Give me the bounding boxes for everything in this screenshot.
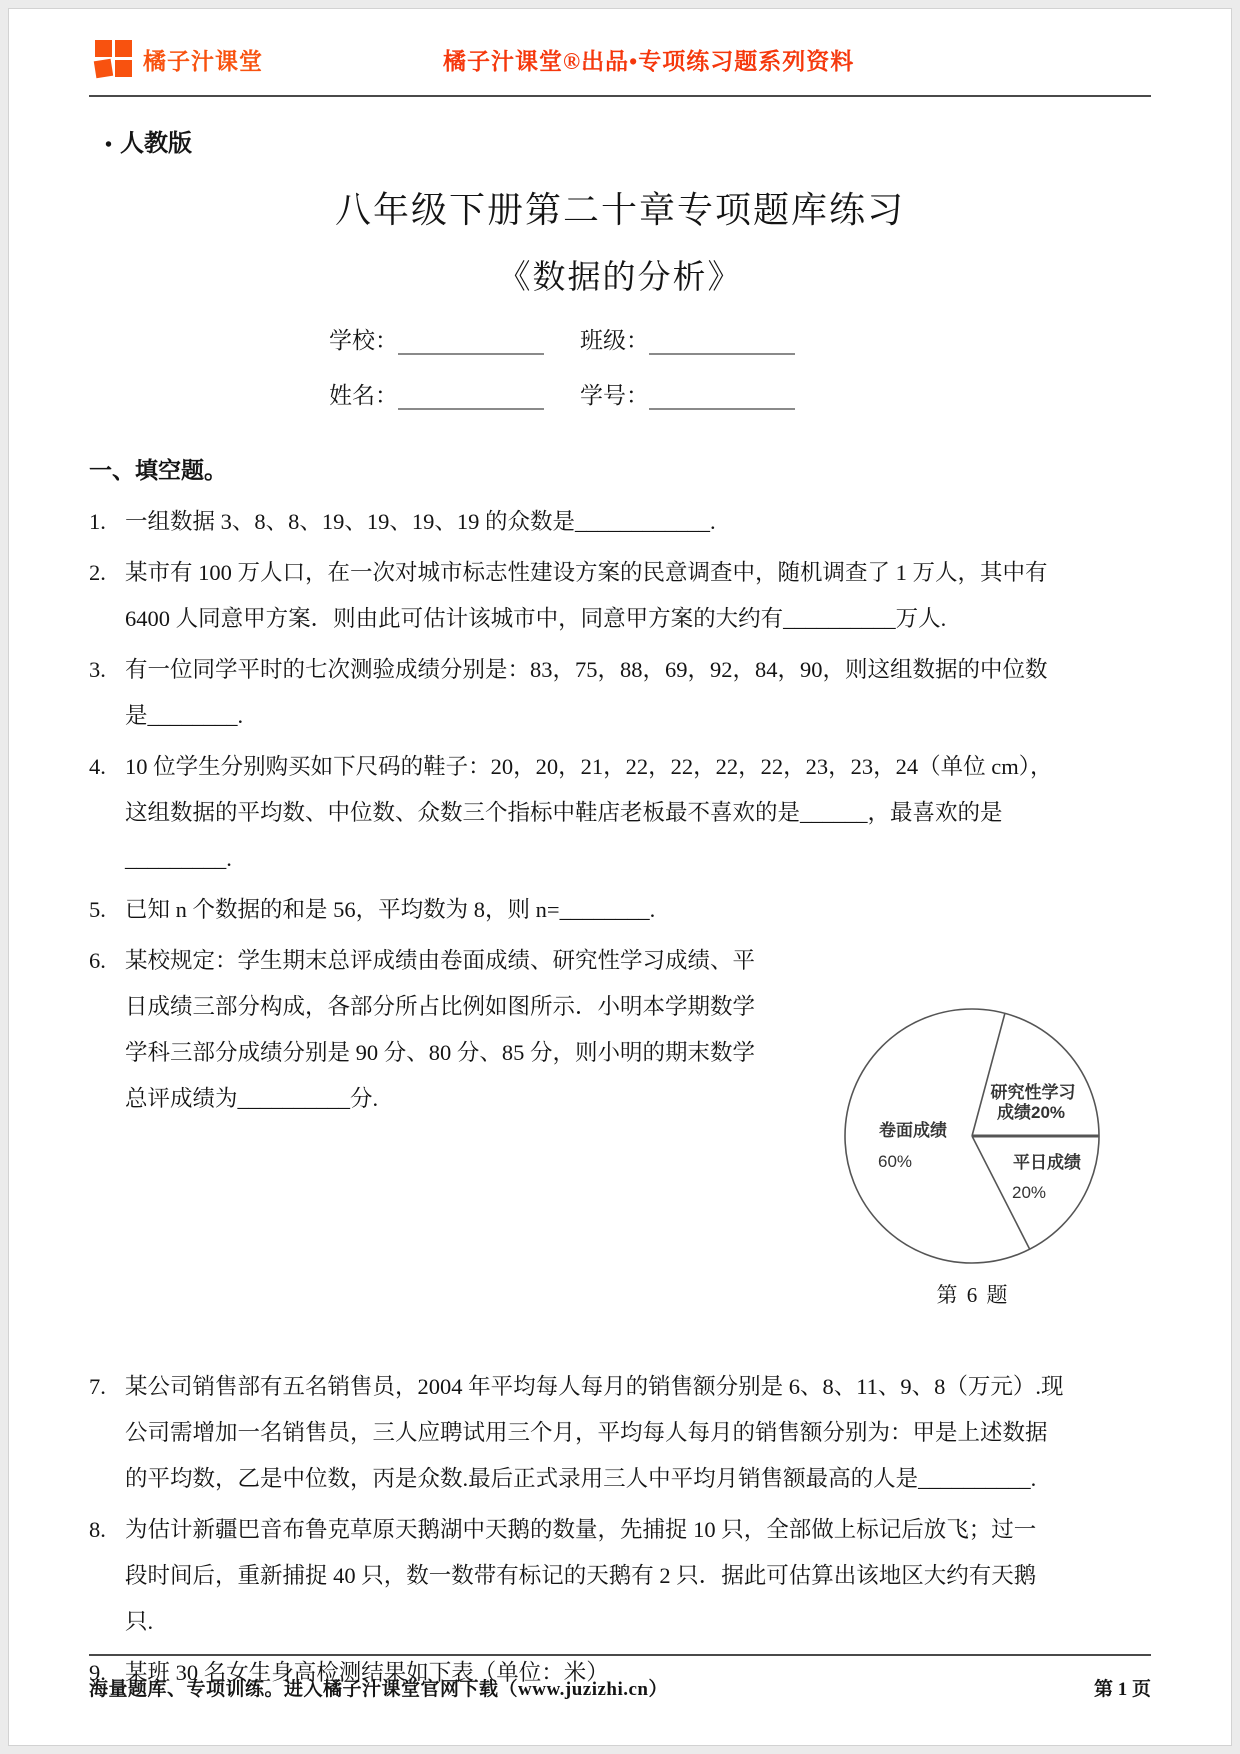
- worksheet-page: 橘子汁课堂 橘子汁课堂®出品•专项练习题系列资料 •人教版 八年级下册第二十章专…: [8, 8, 1232, 1746]
- page-subtitle: 《数据的分析》: [9, 251, 1231, 298]
- question-8: 8.为估计新疆巴音布鲁克草原天鹅湖中天鹅的数量，先捕捉 10 只，全部做上标记后…: [89, 1507, 1155, 1645]
- pie-label-research-pct: 成绩20%: [997, 1102, 1065, 1122]
- pie-chart-svg: 研究性学习 成绩20% 卷面成绩 60% 平日成绩 20%: [837, 1006, 1109, 1268]
- question-2: 2.某市有 100 万人口，在一次对城市标志性建设方案的民意调查中，随机调查了 …: [89, 550, 1155, 642]
- question-number: 4.: [89, 744, 125, 790]
- edition-text: 人教版: [120, 131, 192, 157]
- class-label: 班级：: [580, 322, 649, 355]
- question-1: 1.一组数据 3、8、8、19、19、19、19 的众数是___________…: [89, 499, 1155, 545]
- school-field[interactable]: [398, 329, 544, 355]
- question-number: 2.: [89, 550, 125, 596]
- question-line: 段时间后，重新捕捉 40 只，数一数带有标记的天鹅有 2 只．据此可估算出该地区…: [89, 1553, 1155, 1599]
- class-field[interactable]: [649, 329, 795, 355]
- question-line: 的平均数，乙是中位数，丙是众数.最后正式录用三人中平均月销售额最高的人是____…: [89, 1456, 1155, 1502]
- page-footer: 海量题库、专项训练。进入橘子汁课堂官网下载（www.juzizhi.cn） 第 …: [89, 1654, 1151, 1701]
- question-number: 1.: [89, 499, 125, 545]
- edition-label: •人教版: [105, 123, 1231, 158]
- pie-chart-caption: 第 6 题: [837, 1279, 1109, 1309]
- question-text: 已知 n 个数据的和是 56，平均数为 8，则 n=________.: [125, 897, 655, 922]
- question-number: 8.: [89, 1507, 125, 1553]
- school-label: 学校：: [329, 322, 398, 355]
- question-text: 某公司销售部有五名销售员，2004 年平均每人每月的销售额分别是 6、8、11、…: [125, 1374, 1064, 1399]
- page-title: 八年级下册第二十章专项题库练习: [9, 182, 1231, 233]
- question-number: 5.: [89, 887, 125, 933]
- form-row: 姓名： 学号：: [329, 377, 1231, 410]
- logo-square-icon: [95, 40, 112, 57]
- question-text: 有一位同学平时的七次测验成绩分别是：83，75，88，69，92，84，90，则…: [125, 657, 1048, 682]
- question-line: 只.: [89, 1599, 1155, 1645]
- name-field[interactable]: [398, 384, 544, 410]
- pie-label-exam: 卷面成绩: [879, 1120, 947, 1140]
- question-line: 3.有一位同学平时的七次测验成绩分别是：83，75，88，69，92，84，90…: [89, 647, 1155, 693]
- question-line: 6400 人同意甲方案．则由此可估计该城市中，同意甲方案的大约有________…: [89, 596, 1155, 642]
- question-line: 这组数据的平均数、中位数、众数三个指标中鞋店老板最不喜欢的是______，最喜欢…: [89, 790, 1155, 836]
- question-5: 5.已知 n 个数据的和是 56，平均数为 8，则 n=________.: [89, 887, 1155, 933]
- logo-text: 橘子汁课堂: [143, 43, 263, 76]
- header-divider: [89, 95, 1151, 97]
- question-line: 4.10 位学生分别购买如下尺码的鞋子：20，20，21，22，22，22，22…: [89, 744, 1155, 790]
- student-info-form: 学校： 班级： 姓名： 学号：: [329, 322, 1231, 410]
- juzizhi-logo: 橘子汁课堂: [95, 39, 263, 79]
- question-number: 3.: [89, 647, 125, 693]
- student-no-label: 学号：: [580, 377, 649, 410]
- question-line: 总评成绩为__________分.: [89, 1076, 789, 1122]
- question-line: 2.某市有 100 万人口，在一次对城市标志性建设方案的民意调查中，随机调查了 …: [89, 550, 1155, 596]
- question-line: 5.已知 n 个数据的和是 56，平均数为 8，则 n=________.: [89, 887, 1155, 933]
- question-line: 1.一组数据 3、8、8、19、19、19、19 的众数是___________…: [89, 499, 1155, 545]
- question-number: 7.: [89, 1364, 125, 1410]
- page-header: 橘子汁课堂 橘子汁课堂®出品•专项练习题系列资料: [9, 9, 1231, 79]
- question-line: 8.为估计新疆巴音布鲁克草原天鹅湖中天鹅的数量，先捕捉 10 只，全部做上标记后…: [89, 1507, 1155, 1553]
- logo-square-icon: [115, 60, 132, 77]
- header-banner: 橘子汁课堂®出品•专项练习题系列资料: [443, 43, 854, 76]
- name-label: 姓名：: [329, 377, 398, 410]
- page-number: 第 1 页: [1094, 1674, 1151, 1701]
- form-row: 学校： 班级：: [329, 322, 1231, 355]
- pie-label-research: 研究性学习: [991, 1082, 1076, 1102]
- question-number: 6.: [89, 938, 125, 984]
- logo-square-icon: [115, 40, 132, 57]
- student-no-field[interactable]: [649, 384, 795, 410]
- juzizhi-logo-icon: [95, 39, 135, 79]
- question-line: 6.某校规定：学生期末总评成绩由卷面成绩、研究性学习成绩、平: [89, 938, 789, 984]
- question-line: 学科三部分成绩分别是 90 分、80 分、85 分，则小明的期末数学: [89, 1030, 789, 1076]
- pie-label-daily: 平日成绩: [1013, 1152, 1081, 1172]
- questions-section: 一、填空题。 1.一组数据 3、8、8、19、19、19、19 的众数是____…: [9, 452, 1231, 1696]
- question-line: 日成绩三部分构成，各部分所占比例如图所示．小明本学期数学: [89, 984, 789, 1030]
- pie-label-exam-pct: 60%: [878, 1152, 912, 1171]
- question-line: 公司需增加一名销售员，三人应聘试用三个月，平均每人每月的销售额分别为：甲是上述数…: [89, 1410, 1155, 1456]
- question-4: 4.10 位学生分别购买如下尺码的鞋子：20，20，21，22，22，22，22…: [89, 744, 1155, 882]
- question-6: 6.某校规定：学生期末总评成绩由卷面成绩、研究性学习成绩、平 日成绩三部分构成，…: [89, 938, 1155, 1122]
- bullet-icon: •: [105, 134, 112, 156]
- question-text: 一组数据 3、8、8、19、19、19、19 的众数是____________.: [125, 509, 716, 534]
- pie-chart-question-6: 研究性学习 成绩20% 卷面成绩 60% 平日成绩 20% 第 6 题: [837, 1006, 1109, 1309]
- question-7: 7.某公司销售部有五名销售员，2004 年平均每人每月的销售额分别是 6、8、1…: [89, 1364, 1155, 1502]
- question-line: 是________.: [89, 693, 1155, 739]
- question-text: 为估计新疆巴音布鲁克草原天鹅湖中天鹅的数量，先捕捉 10 只，全部做上标记后放飞…: [125, 1517, 1036, 1542]
- question-line: 7.某公司销售部有五名销售员，2004 年平均每人每月的销售额分别是 6、8、1…: [89, 1364, 1155, 1410]
- question-text: 某校规定：学生期末总评成绩由卷面成绩、研究性学习成绩、平: [125, 948, 755, 973]
- question-text: 10 位学生分别购买如下尺码的鞋子：20，20，21，22，22，22，22，2…: [125, 754, 1053, 779]
- question-3: 3.有一位同学平时的七次测验成绩分别是：83，75，88，69，92，84，90…: [89, 647, 1155, 739]
- pie-label-daily-pct: 20%: [1012, 1183, 1046, 1202]
- question-text: 某市有 100 万人口，在一次对城市标志性建设方案的民意调查中，随机调查了 1 …: [125, 560, 1048, 585]
- logo-square-icon: [94, 59, 113, 78]
- question-line: _________.: [89, 836, 1155, 882]
- section-heading: 一、填空题。: [89, 452, 1155, 485]
- footer-text: 海量题库、专项训练。进入橘子汁课堂官网下载（www.juzizhi.cn）: [89, 1674, 668, 1701]
